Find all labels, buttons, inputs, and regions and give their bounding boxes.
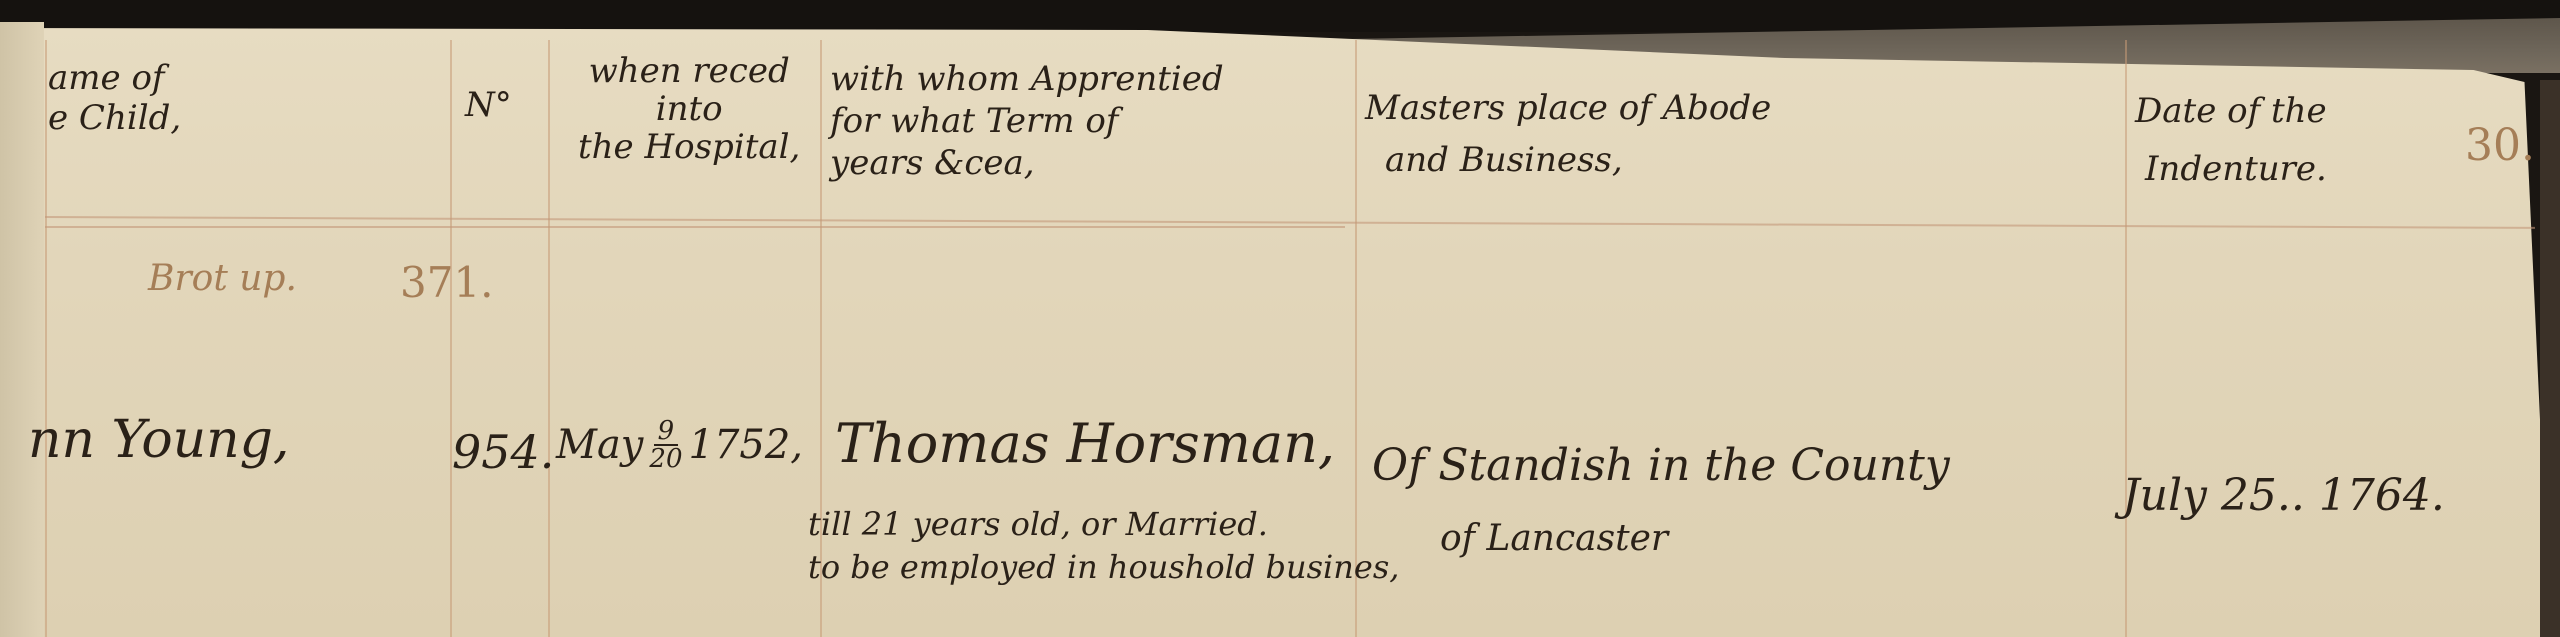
header-master-abode: Masters place of Abode and Business, xyxy=(1365,82,1771,186)
header-name-of-child: ame of e Child, xyxy=(48,58,181,138)
annotation-brought-up: Brot up. xyxy=(148,258,297,299)
received-day-fraction: 9 20 xyxy=(649,418,682,472)
header-when-received: when reced into the Hospital, xyxy=(578,52,800,166)
child-number: 954. xyxy=(452,425,554,479)
book-right-edge xyxy=(2540,80,2560,637)
master-name: Thomas Horsman, xyxy=(835,412,1335,475)
received-date: May 9 20 1752, xyxy=(556,418,803,472)
abode-line-2: of Lancaster xyxy=(1440,518,1668,559)
column-rule xyxy=(2125,40,2127,637)
header-indenture-date: Date of the Indenture. xyxy=(2135,82,2327,198)
indenture-date: July 25.. 1764. xyxy=(2122,470,2445,521)
column-rule xyxy=(45,40,47,637)
received-month: May xyxy=(556,422,643,468)
header-apprenticed: with whom Apprentied for what Term of ye… xyxy=(830,58,1224,184)
received-year: 1752, xyxy=(689,422,804,468)
abode-line-1: Of Standish in the County xyxy=(1372,440,1950,491)
apprentice-term: till 21 years old, or Married. xyxy=(808,505,1268,543)
page-number: 30. xyxy=(2465,120,2535,171)
annotation-number: 371. xyxy=(400,258,494,307)
page-gutter xyxy=(0,22,44,637)
header-rule xyxy=(45,226,1345,228)
column-rule xyxy=(548,40,550,637)
column-rule xyxy=(450,40,452,637)
header-number: N° xyxy=(465,85,512,125)
employment: to be employed in houshold busines, xyxy=(808,548,1399,586)
child-name: nn Young, xyxy=(28,410,289,470)
